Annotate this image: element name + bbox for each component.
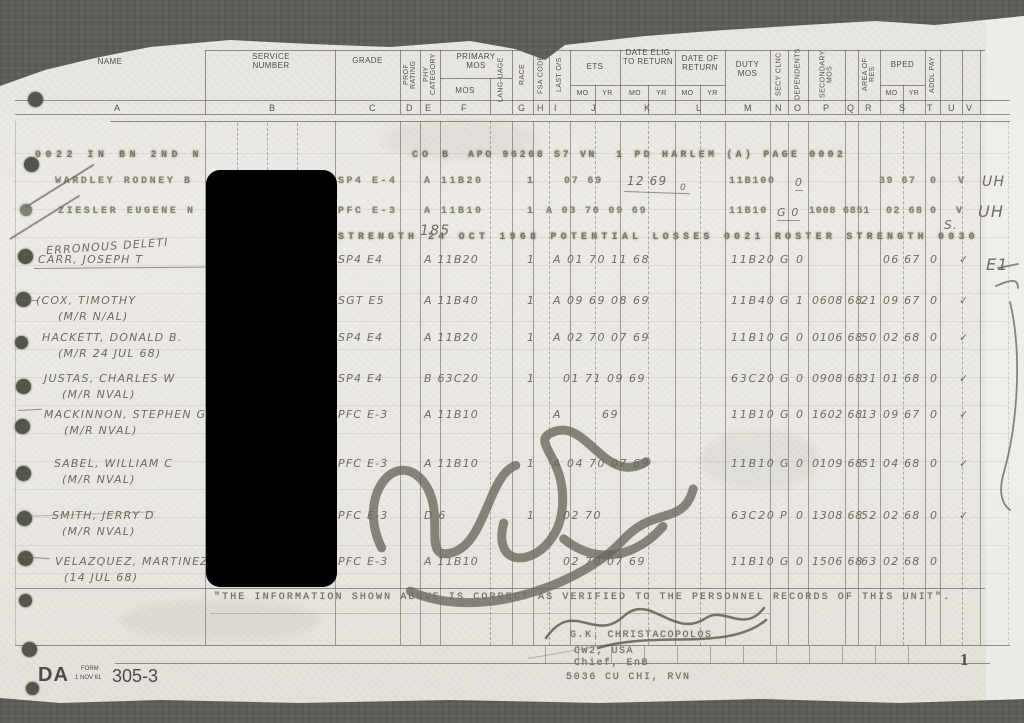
name-note: (M/R NVAL) — [62, 525, 136, 538]
scan-stain — [120, 600, 320, 640]
name-cell: SABEL, WILLIAM C — [54, 457, 173, 470]
col-header-secy-clnc: SECY CLNC — [770, 51, 788, 98]
personnel-row: (COX, TIMOTHY (M/R N/AL) SGT E5 A 11B40 … — [0, 294, 1024, 314]
table-row: WARDLEY RODNEY B SP4 E-4 A 11B20 1 07 69… — [0, 176, 1024, 196]
paper-sheet: NAME SERVICE NUMBER GRADE PROF RATING PH… — [0, 0, 1024, 723]
mos-cell: A 11B20 — [424, 176, 484, 187]
race-cell: 1 — [527, 294, 535, 307]
bped-cell: 06 67 — [883, 253, 921, 266]
margin-note-s: S. — [944, 218, 958, 232]
apo-cell: APO 96268 S7 VN — [468, 150, 597, 161]
dates-cell: A 01 70 11 68 — [553, 253, 650, 266]
sub-header-mo: MO — [675, 89, 700, 98]
secondary-mos-cell: 0908 68 — [812, 372, 863, 385]
addl-pay-cell: 0 — [930, 253, 938, 266]
grid-line-v — [845, 50, 846, 114]
elig-date-sub: 0 — [680, 183, 687, 193]
sub-header-mo: MO — [570, 89, 595, 98]
col-header-duty-mos: DUTY MOS — [725, 60, 770, 78]
grid-line-v — [205, 50, 206, 114]
col-letter: O — [794, 103, 801, 113]
name-note: (M/R NVAL) — [62, 388, 136, 401]
flag-cell: V — [958, 176, 967, 187]
certifier-rank: CW2, USA — [574, 646, 634, 657]
col-letter: S — [899, 103, 905, 113]
form-prefix: DA — [38, 664, 69, 687]
grade-cell: SP4 E-4 — [338, 176, 398, 187]
strength-text: 24 OCT 1968 POTENTIAL LOSSES 0021 ROSTER… — [428, 232, 979, 243]
name-note: (M/R NVAL) — [64, 424, 138, 437]
col-header-secondary-mos: SECONDARY MOS — [808, 51, 845, 98]
secondary-mos-cell: 1602 68 — [812, 408, 863, 421]
duty-mos-cell: 11B10 — [731, 457, 776, 470]
addl-pay-cell: 0 — [930, 176, 939, 187]
col-header-last-os: LAST O/S — [549, 51, 570, 98]
name-note: (14 JUL 68) — [64, 571, 138, 584]
form-label: FORM — [81, 666, 99, 672]
clearance-cell: P — [780, 509, 788, 522]
area-cell: 13 — [861, 408, 877, 421]
check-mark: ✓ — [959, 294, 969, 307]
addl-pay-cell: 0 — [930, 408, 938, 421]
dependents-cell: 0 — [796, 555, 804, 568]
secondary-mos-cell: 1008 6851 — [809, 206, 870, 217]
margin-pen-marks — [988, 262, 1022, 512]
margin-note-uh: UH — [982, 174, 1005, 190]
duty-mos-cell: 11B10 — [731, 555, 776, 568]
col-letter: N — [775, 103, 782, 113]
mos-cell: A 11B40 — [424, 294, 479, 307]
col-letter: T — [927, 103, 933, 113]
clearance-cell: G — [780, 408, 790, 421]
addl-pay-cell: 0 — [930, 509, 938, 522]
grade-cell: SP4 E4 — [338, 331, 383, 344]
bped-cell: 02 68 — [883, 509, 921, 522]
col-letter: L — [696, 103, 701, 113]
name-cell: MACKINNON, STEPHEN G — [44, 408, 206, 421]
margin-note-uh: UH — [978, 202, 1004, 221]
dates-cell: A 09 69 08 69 — [553, 294, 650, 307]
sub-header-yr: YR — [648, 89, 675, 98]
area-cell: 50 — [861, 331, 877, 344]
dependents-cell: 0 — [796, 408, 804, 421]
certifier-title: Chief, EnB — [574, 658, 649, 669]
hole-punch — [22, 642, 37, 657]
pen-connector — [18, 300, 38, 301]
dependents-cell: 1 — [796, 294, 804, 307]
duty-mos-cell: 11B10 — [731, 331, 776, 344]
name-cell: HACKETT, DONALD B. — [42, 331, 182, 344]
mos-cell: A 11B20 — [424, 253, 479, 266]
scanned-document: NAME SERVICE NUMBER GRADE PROF RATING PH… — [0, 0, 1024, 723]
dependents-cell: 0 — [796, 372, 804, 385]
dependents-handwritten: 0 — [795, 176, 803, 191]
clearance-cell: G — [780, 331, 790, 344]
col-letter: I — [554, 103, 557, 113]
col-header-phy-category: PHY CATEGORY — [420, 51, 440, 98]
col-header-dependents: DEPENDENTS — [788, 51, 808, 98]
col-header-mos: MOS — [440, 86, 490, 95]
hole-punch — [19, 594, 32, 607]
name-note: (M/R NVAL) — [62, 473, 136, 486]
clearance-cell: G — [780, 372, 790, 385]
hole-punch — [28, 92, 43, 107]
grid-line-h — [115, 663, 990, 664]
addl-pay-cell: 0 — [930, 331, 938, 344]
name-note: (M/R 24 JUL 68) — [58, 347, 161, 360]
grade-cell: SP4 E4 — [338, 253, 383, 266]
mos-cell: B 63C20 — [424, 372, 479, 385]
grid-line-v — [620, 50, 621, 114]
area-cell: 63 — [861, 555, 877, 568]
dependents-cell: 0 — [796, 457, 804, 470]
elig-date-handwritten: 12 69 — [627, 174, 667, 188]
bped-cell: 02 68 — [886, 206, 924, 217]
clearance-cell: G — [780, 294, 790, 307]
addl-pay-cell: 0 — [930, 294, 938, 307]
certifier-name: G.K. CHRISTACOPOLOS — [570, 630, 713, 641]
col-letter: P — [823, 103, 829, 113]
name-cell: CARR, JOSEPH T — [38, 253, 143, 266]
col-header-addl-pay: ADDL PAY — [925, 51, 940, 98]
grade-cell: SP4 E4 — [338, 372, 383, 385]
race-cell: 1 — [527, 331, 535, 344]
col-letter: H — [537, 103, 544, 113]
grid-line-h — [15, 114, 1010, 115]
secondary-mos-cell: 0106 68 — [812, 331, 863, 344]
sub-header-yr: YR — [595, 89, 620, 98]
secondary-mos-cell: 1308 68 — [812, 509, 863, 522]
page-number: 1 — [960, 650, 969, 670]
col-letter: B — [269, 103, 275, 113]
certifier-station: 5036 CU CHI, RVN — [566, 672, 691, 683]
personnel-row: ERRONOUS DELETI CARR, JOSEPH T SP4 E4 A … — [0, 253, 1024, 273]
page-remark-cell: 1 PD HARLEM (A) PAGE 0002 — [616, 150, 846, 161]
duty-mos-cell: 11B40 — [731, 294, 776, 307]
bped-cell: 04 68 — [883, 457, 921, 470]
bped-cell: 09 67 — [883, 294, 921, 307]
check-mark: ✓ — [959, 372, 969, 385]
col-letter: R — [865, 103, 872, 113]
grid-line-v — [440, 50, 441, 114]
addl-pay-cell: 0 — [930, 206, 939, 217]
area-cell: 21 — [861, 294, 877, 307]
col-letter: A — [114, 103, 120, 113]
col-letter: C — [369, 103, 376, 113]
dates-cell: A 02 70 07 69 — [553, 331, 650, 344]
name-cell: VELAZQUEZ, MARTINEZ — [55, 555, 209, 568]
col-letter: D — [406, 103, 413, 113]
signature-scrawl — [338, 363, 723, 608]
certifier-signature — [538, 590, 778, 654]
personnel-row: HACKETT, DONALD B. (M/R 24 JUL 68) SP4 E… — [0, 331, 1024, 351]
name-cell: JUSTAS, CHARLES W — [44, 372, 175, 385]
area-cell: 52 — [861, 509, 877, 522]
duty-mos-cell: 63C20 — [731, 509, 776, 522]
col-letter: V — [966, 103, 972, 113]
duty-mos-cell: 11B100 — [729, 176, 776, 187]
secondary-mos-cell: 0109 68 — [812, 457, 863, 470]
check-mark: ✓ — [959, 253, 969, 266]
race-cell: 1 — [527, 253, 535, 266]
strength-label: STRENGTH — [338, 232, 418, 243]
secondary-mos-cell: 1506 68 — [812, 555, 863, 568]
col-header-language: LANG-UAGE — [490, 56, 512, 103]
addl-pay-cell: 0 — [930, 372, 938, 385]
grade-cell: PFC E-3 — [338, 206, 398, 217]
col-letter: J — [591, 103, 596, 113]
col-letter: M — [744, 103, 752, 113]
dependents-cell: 0 — [796, 253, 804, 266]
col-letter: G — [518, 103, 525, 113]
bped-cell: 39 67 — [879, 176, 917, 187]
col-letter: K — [644, 103, 650, 113]
mos-cell: A 11B20 — [424, 331, 479, 344]
clearance-cell: G — [780, 457, 790, 470]
duty-mos-cell: 11B10 — [731, 408, 776, 421]
duty-mos-cell: 11B20 — [731, 253, 776, 266]
grid-line-v — [570, 50, 571, 114]
ets-cell: 07 69 — [564, 176, 603, 187]
bped-cell: 02 68 — [883, 331, 921, 344]
addl-pay-cell: 0 — [930, 457, 938, 470]
grid-line-h — [110, 121, 1010, 122]
sub-header-mo: MO — [880, 89, 903, 98]
col-header-race: RACE — [512, 51, 533, 98]
sub-header-yr: YR — [700, 89, 725, 98]
col-letter: U — [948, 103, 955, 113]
bped-cell: 02 68 — [883, 555, 921, 568]
check-mark: ✓ — [959, 509, 969, 522]
bped-cell: 01 68 — [883, 372, 921, 385]
dates-cell: A 03 70 09 69 — [546, 206, 647, 217]
clearance-cell: G — [780, 555, 790, 568]
col-letter: F — [461, 103, 467, 113]
company-cell: CO B — [412, 150, 452, 161]
secondary-mos-cell: 0608 68 — [812, 294, 863, 307]
bped-cell: 09 67 — [883, 408, 921, 421]
name-cell: (COX, TIMOTHY — [36, 294, 136, 307]
check-mark: ✓ — [959, 331, 969, 344]
flag-cell: V — [956, 206, 965, 217]
col-header-bped: BPED — [880, 60, 925, 69]
form-number: 305-3 — [112, 666, 158, 687]
race-cell: 1 — [527, 206, 536, 217]
race-cell: 1 — [527, 176, 536, 187]
grid-line-v — [962, 50, 963, 114]
table-row: ZIESLER EUGENE N PFC E-3 A 11B10 1 A 03 … — [0, 206, 1024, 226]
dependents-cell: 0 — [796, 509, 804, 522]
redaction-box — [206, 170, 337, 587]
form-date: 1 NOV 61 — [75, 675, 101, 681]
check-mark: ✓ — [959, 408, 969, 421]
name-cell: ZIESLER EUGENE N — [58, 206, 196, 217]
sub-header-yr: YR — [903, 89, 925, 98]
area-cell: 31 — [861, 372, 877, 385]
col-header-grade: GRADE — [335, 56, 400, 65]
clearance-handwritten: G 0 — [777, 206, 800, 221]
mos-cell: A 11B10 — [424, 206, 484, 217]
sub-header-mo: MO — [622, 89, 648, 98]
col-header-ets: ETS — [570, 62, 620, 71]
col-header-service-number: SERVICE NUMBER — [240, 52, 302, 70]
unit-header-row: 0022 IN BN 2ND N CO B APO 96268 S7 VN 1 … — [0, 150, 1024, 170]
area-cell: 51 — [861, 457, 877, 470]
grade-cell: SGT E5 — [338, 294, 385, 307]
dependents-cell: 0 — [796, 331, 804, 344]
grid-line-v — [940, 50, 941, 114]
col-letter: Q — [847, 103, 854, 113]
col-header-prof-rating: PROF RATING — [400, 51, 420, 98]
check-mark: ✓ — [959, 457, 969, 470]
col-letter: E — [425, 103, 431, 113]
name-cell: WARDLEY RODNEY B — [55, 176, 193, 187]
duty-mos-cell: 63C20 — [731, 372, 776, 385]
col-header-area-of-res: AREA OF RES — [858, 51, 880, 98]
unit-designation: 0022 IN BN 2ND N — [35, 150, 203, 161]
name-note: (M/R N/AL) — [58, 310, 129, 323]
duty-mos-cell: 11B10 — [729, 206, 768, 217]
col-header-date-of-return: DATE OF RETURN — [675, 54, 725, 72]
addl-pay-cell: 0 — [930, 555, 938, 568]
clearance-cell: G — [780, 253, 790, 266]
grid-line-v — [980, 50, 981, 114]
col-header-date-elig: DATE ELIG TO RETURN — [622, 48, 674, 66]
